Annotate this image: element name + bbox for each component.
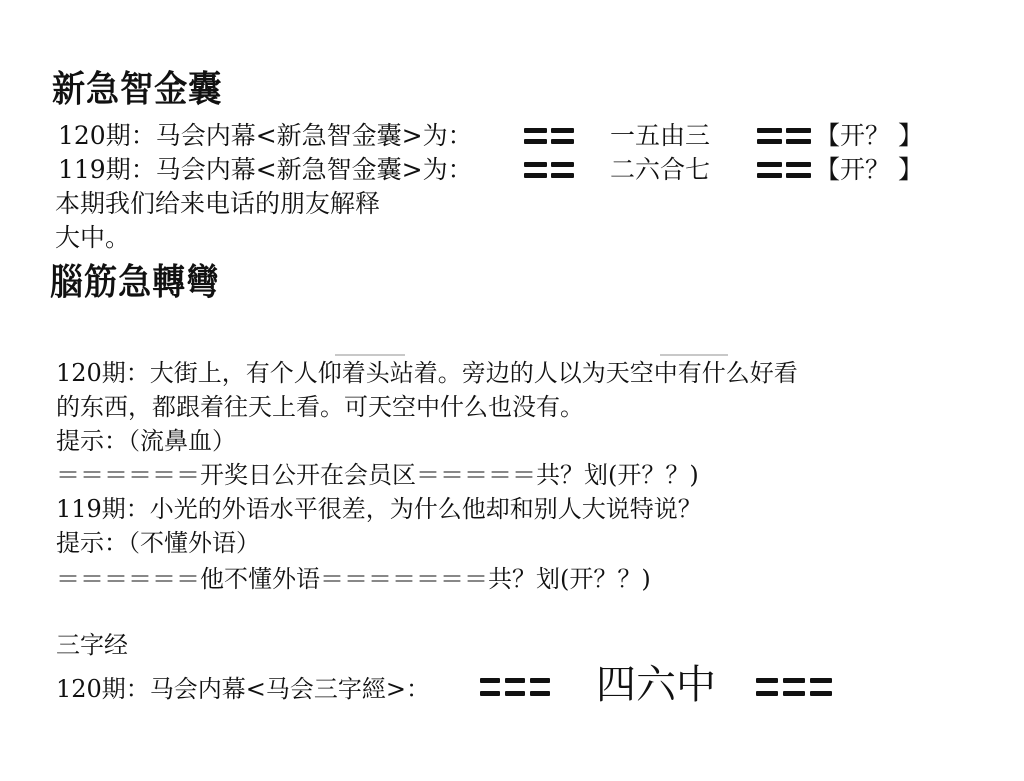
bar-icon (524, 128, 547, 144)
teaser-120-question-line1: 120期：大街上，有个人仰着头站着。旁边的人以为天空中有什么好看 (56, 358, 798, 388)
bar-icon (530, 678, 550, 696)
scan-artifact (660, 354, 728, 356)
note-line-2: 大中。 (55, 223, 130, 253)
teaser-120-question-line2: 的东西，都跟着往天上看。可天空中什么也没有。 (56, 392, 584, 422)
bar-icon (551, 162, 574, 178)
teaser-120-answer: ＝＝＝＝＝＝开奖日公开在会员区＝＝＝＝＝共？划(开？？) (56, 460, 699, 490)
scan-artifact (335, 354, 405, 356)
issue-label: 120期： (56, 675, 150, 703)
result-119: 二六合七 (610, 155, 710, 185)
bar-icon (756, 678, 778, 696)
note-line-1: 本期我们给来电话的朋友解释 (55, 189, 380, 219)
bar-icon (524, 162, 547, 178)
section-title-xin-ji-zhi-jin-nang: 新急智金囊 (52, 70, 222, 110)
bar-icon (480, 678, 500, 696)
trigram-left-sanzijing (480, 678, 550, 696)
bar-icon (757, 128, 782, 144)
result-120: 一五由三 (610, 121, 710, 151)
trigram-left-119 (524, 162, 574, 178)
status-badge-120: 【开？ 】 (815, 121, 923, 151)
status-badge-119: 【开？ 】 (815, 155, 923, 185)
issue-row-120: 120期：马会内幕<新急智金囊>为： (58, 121, 473, 151)
teaser-119-hint: 提示：（不懂外语） (56, 528, 260, 558)
bar-icon (783, 678, 805, 696)
issue-text: 马会内幕<新急智金囊>为： (156, 155, 473, 184)
bar-icon (786, 128, 811, 144)
bar-icon (505, 678, 525, 696)
section-title-brain-teaser: 腦筋急轉彎 (50, 263, 220, 303)
issue-label: 119期： (58, 155, 156, 184)
teaser-119-question-line1: 119期：小光的外语水平很差，为什么他却和别人大说特说？ (56, 494, 702, 524)
bar-icon (757, 162, 782, 178)
issue-row-119: 119期：马会内幕<新急智金囊>为： (58, 155, 473, 185)
sanzijing-row-120: 120期：马会内幕<马会三字經>： (56, 674, 430, 704)
teaser-120-hint: 提示：（流鼻血） (56, 426, 236, 456)
teaser-119-answer: ＝＝＝＝＝＝他不懂外语＝＝＝＝＝＝＝共？划(开？？) (56, 564, 651, 594)
bar-icon (551, 128, 574, 144)
trigram-right-120 (757, 128, 811, 144)
sanzijing-result: 四六中 (596, 663, 716, 707)
bar-icon (810, 678, 832, 696)
trigram-left-120 (524, 128, 574, 144)
issue-text: 马会内幕<马会三字經>： (150, 675, 430, 703)
trigram-right-119 (757, 162, 811, 178)
bar-icon (786, 162, 811, 178)
issue-text: 马会内幕<新急智金囊>为： (156, 121, 473, 150)
trigram-right-sanzijing (756, 678, 832, 696)
section-title-three-character-classic: 三字经 (56, 630, 128, 660)
issue-label: 120期： (58, 121, 156, 150)
